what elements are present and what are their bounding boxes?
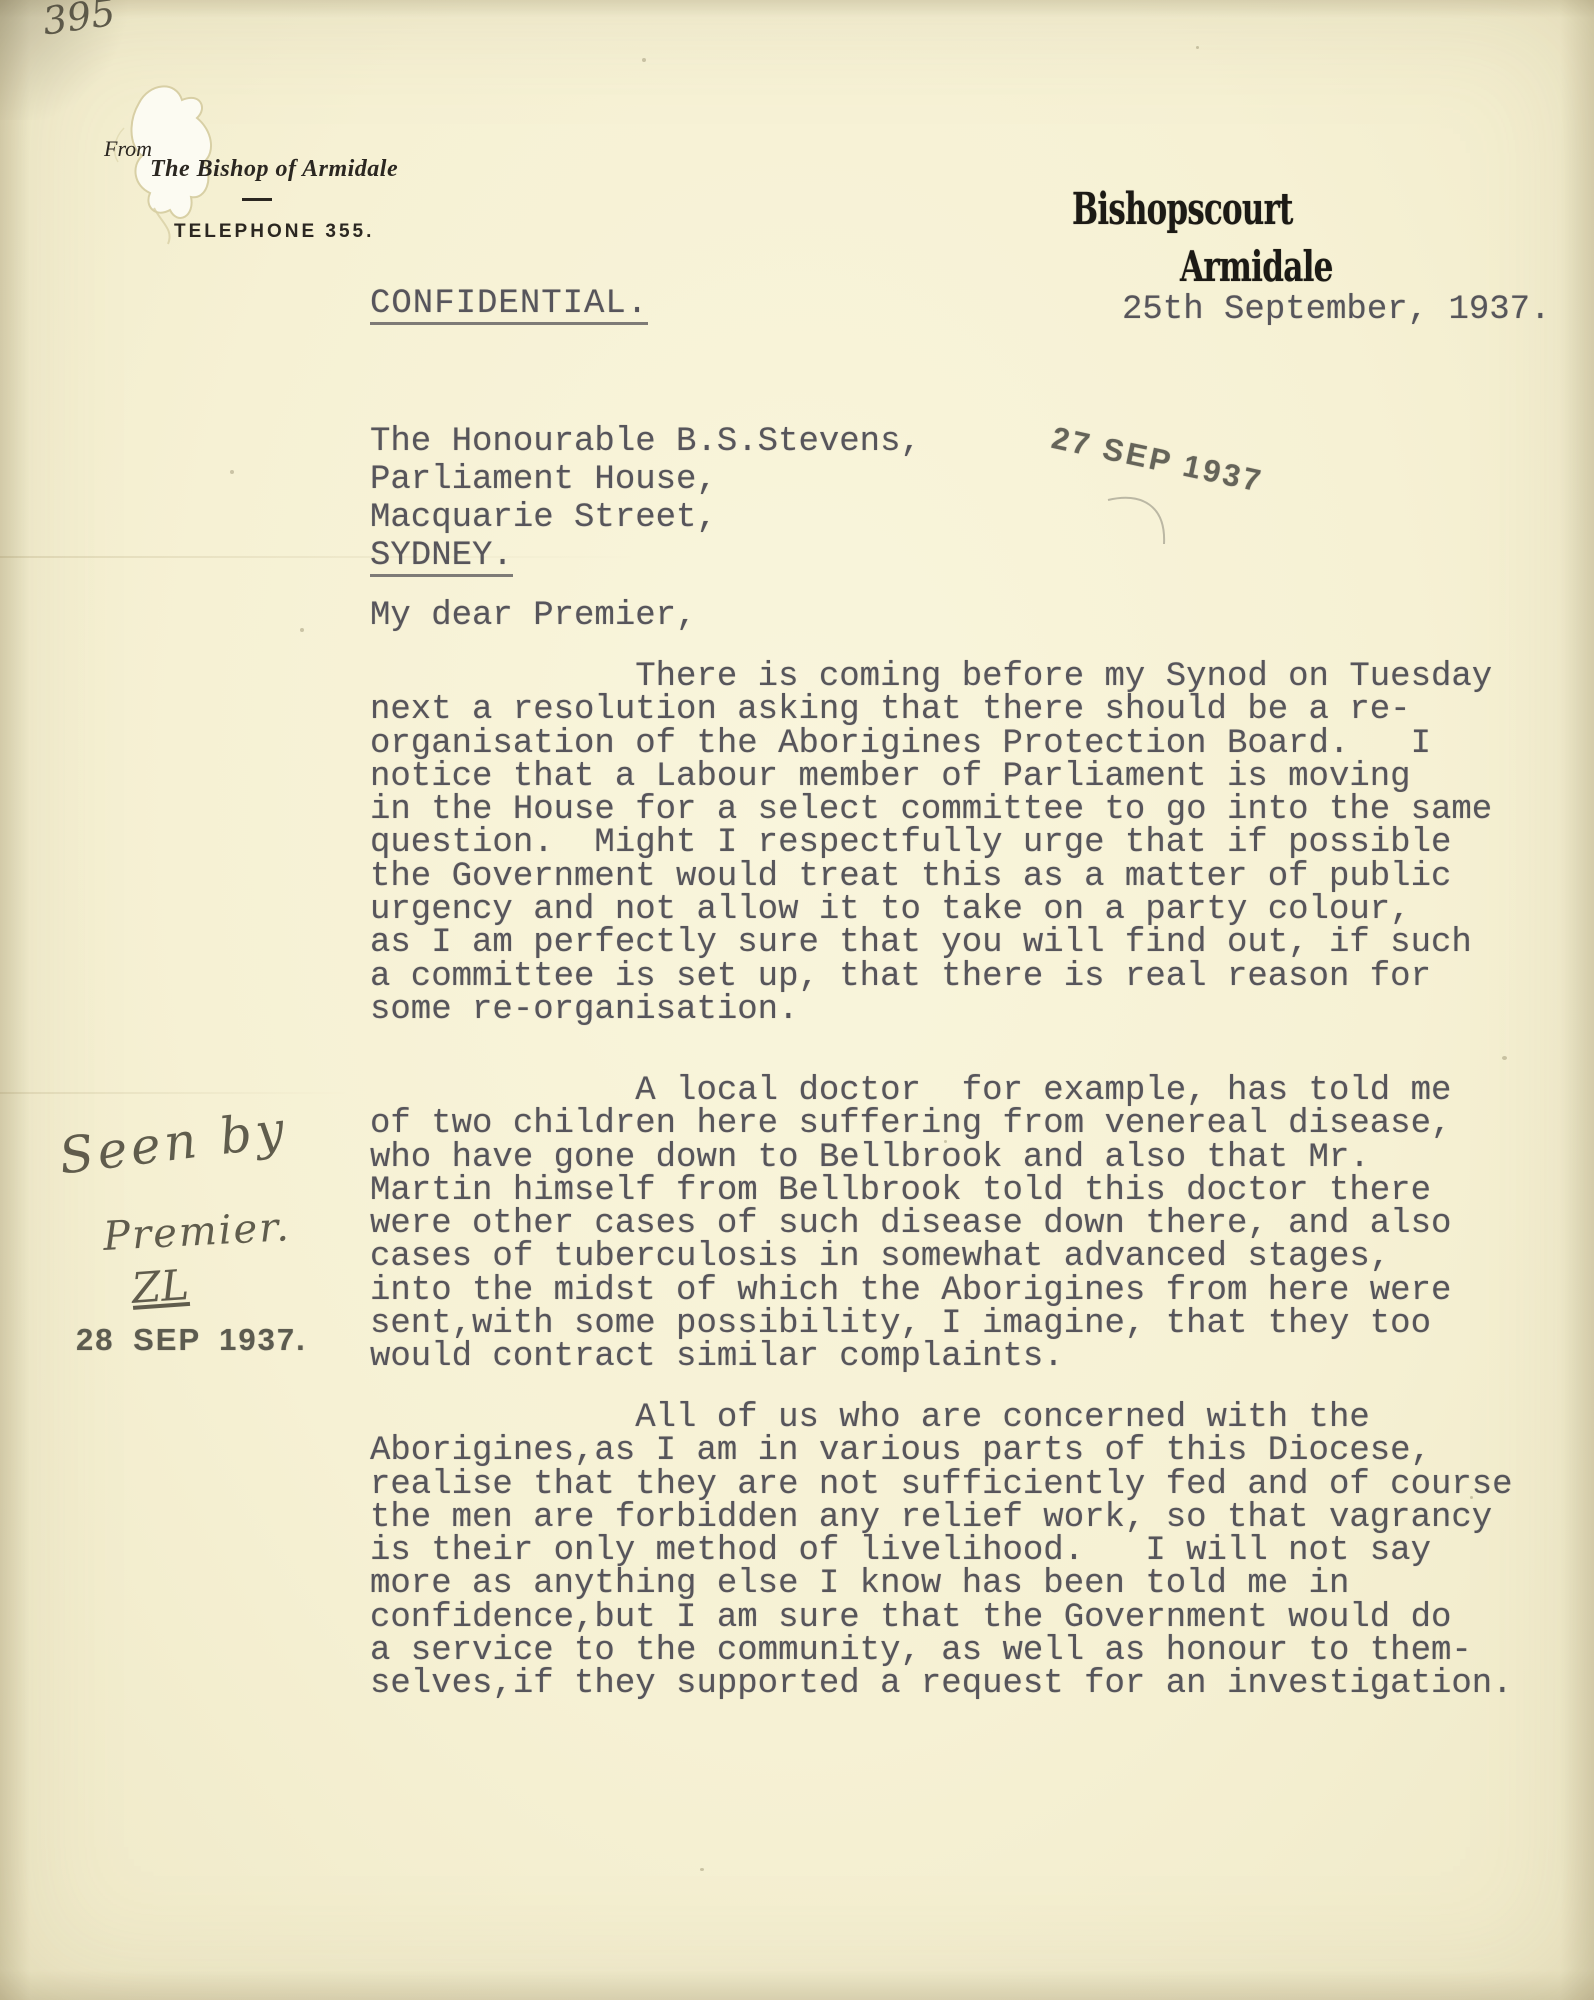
recipient-address-line: Parliament House, (370, 464, 717, 497)
margin-note-premier: Premier. (102, 1204, 292, 1260)
letter-page: 395 From The Bishop of Armidale TELEPHON… (0, 0, 1594, 2000)
paper-crease (0, 1092, 351, 1094)
paper-edge-shadow-bottom (0, 1970, 1594, 2000)
letter-date: 25th September, 1937. (1122, 294, 1550, 327)
archive-number-handwritten: 395 (40, 0, 118, 44)
received-date-stamp: 27 SEP 1937 (1049, 420, 1267, 500)
salutation: My dear Premier, (370, 600, 696, 633)
paper-edge-shadow-right (1560, 0, 1594, 2000)
letterhead-sender: The Bishop of Armidale (150, 156, 398, 183)
recipient-address-line: Macquarie Street, (370, 502, 717, 535)
letterhead-divider-dash (242, 198, 272, 201)
confidential-label: CONFIDENTIAL. (370, 288, 648, 325)
letterhead-telephone: TELEPHONE 355. (174, 221, 374, 243)
paper-edge-shadow-top (0, 0, 1594, 18)
dust-speck (1502, 1056, 1507, 1060)
dust-speck (300, 628, 304, 632)
margin-note-initials: ZL (130, 1260, 190, 1313)
letterhead-residence: Bishopscourt (1072, 184, 1293, 235)
pen-mark (1100, 492, 1190, 552)
dust-speck (642, 58, 646, 62)
body-paragraph-3: All of us who are concerned with the Abo… (370, 1402, 1513, 1702)
paper-edge-shadow-left (0, 0, 30, 2000)
dust-speck (700, 1868, 704, 1871)
margin-note-seen-by: Seen by (56, 1100, 291, 1186)
body-paragraph-1: There is coming before my Synod on Tuesd… (370, 661, 1492, 1027)
recipient-name: The Honourable B.S.Stevens, (370, 426, 921, 459)
letterhead-from-label: From (104, 136, 152, 162)
body-paragraph-2: A local doctor for example, has told me … (370, 1075, 1451, 1375)
dust-speck (1196, 46, 1199, 49)
letterhead-city: Armidale (1180, 242, 1333, 291)
recipient-city: SYDNEY. (370, 540, 513, 577)
paper-crease (0, 556, 638, 558)
premier-office-date-stamp: 28 SEP 1937. (76, 1322, 307, 1358)
dust-speck (230, 470, 234, 474)
